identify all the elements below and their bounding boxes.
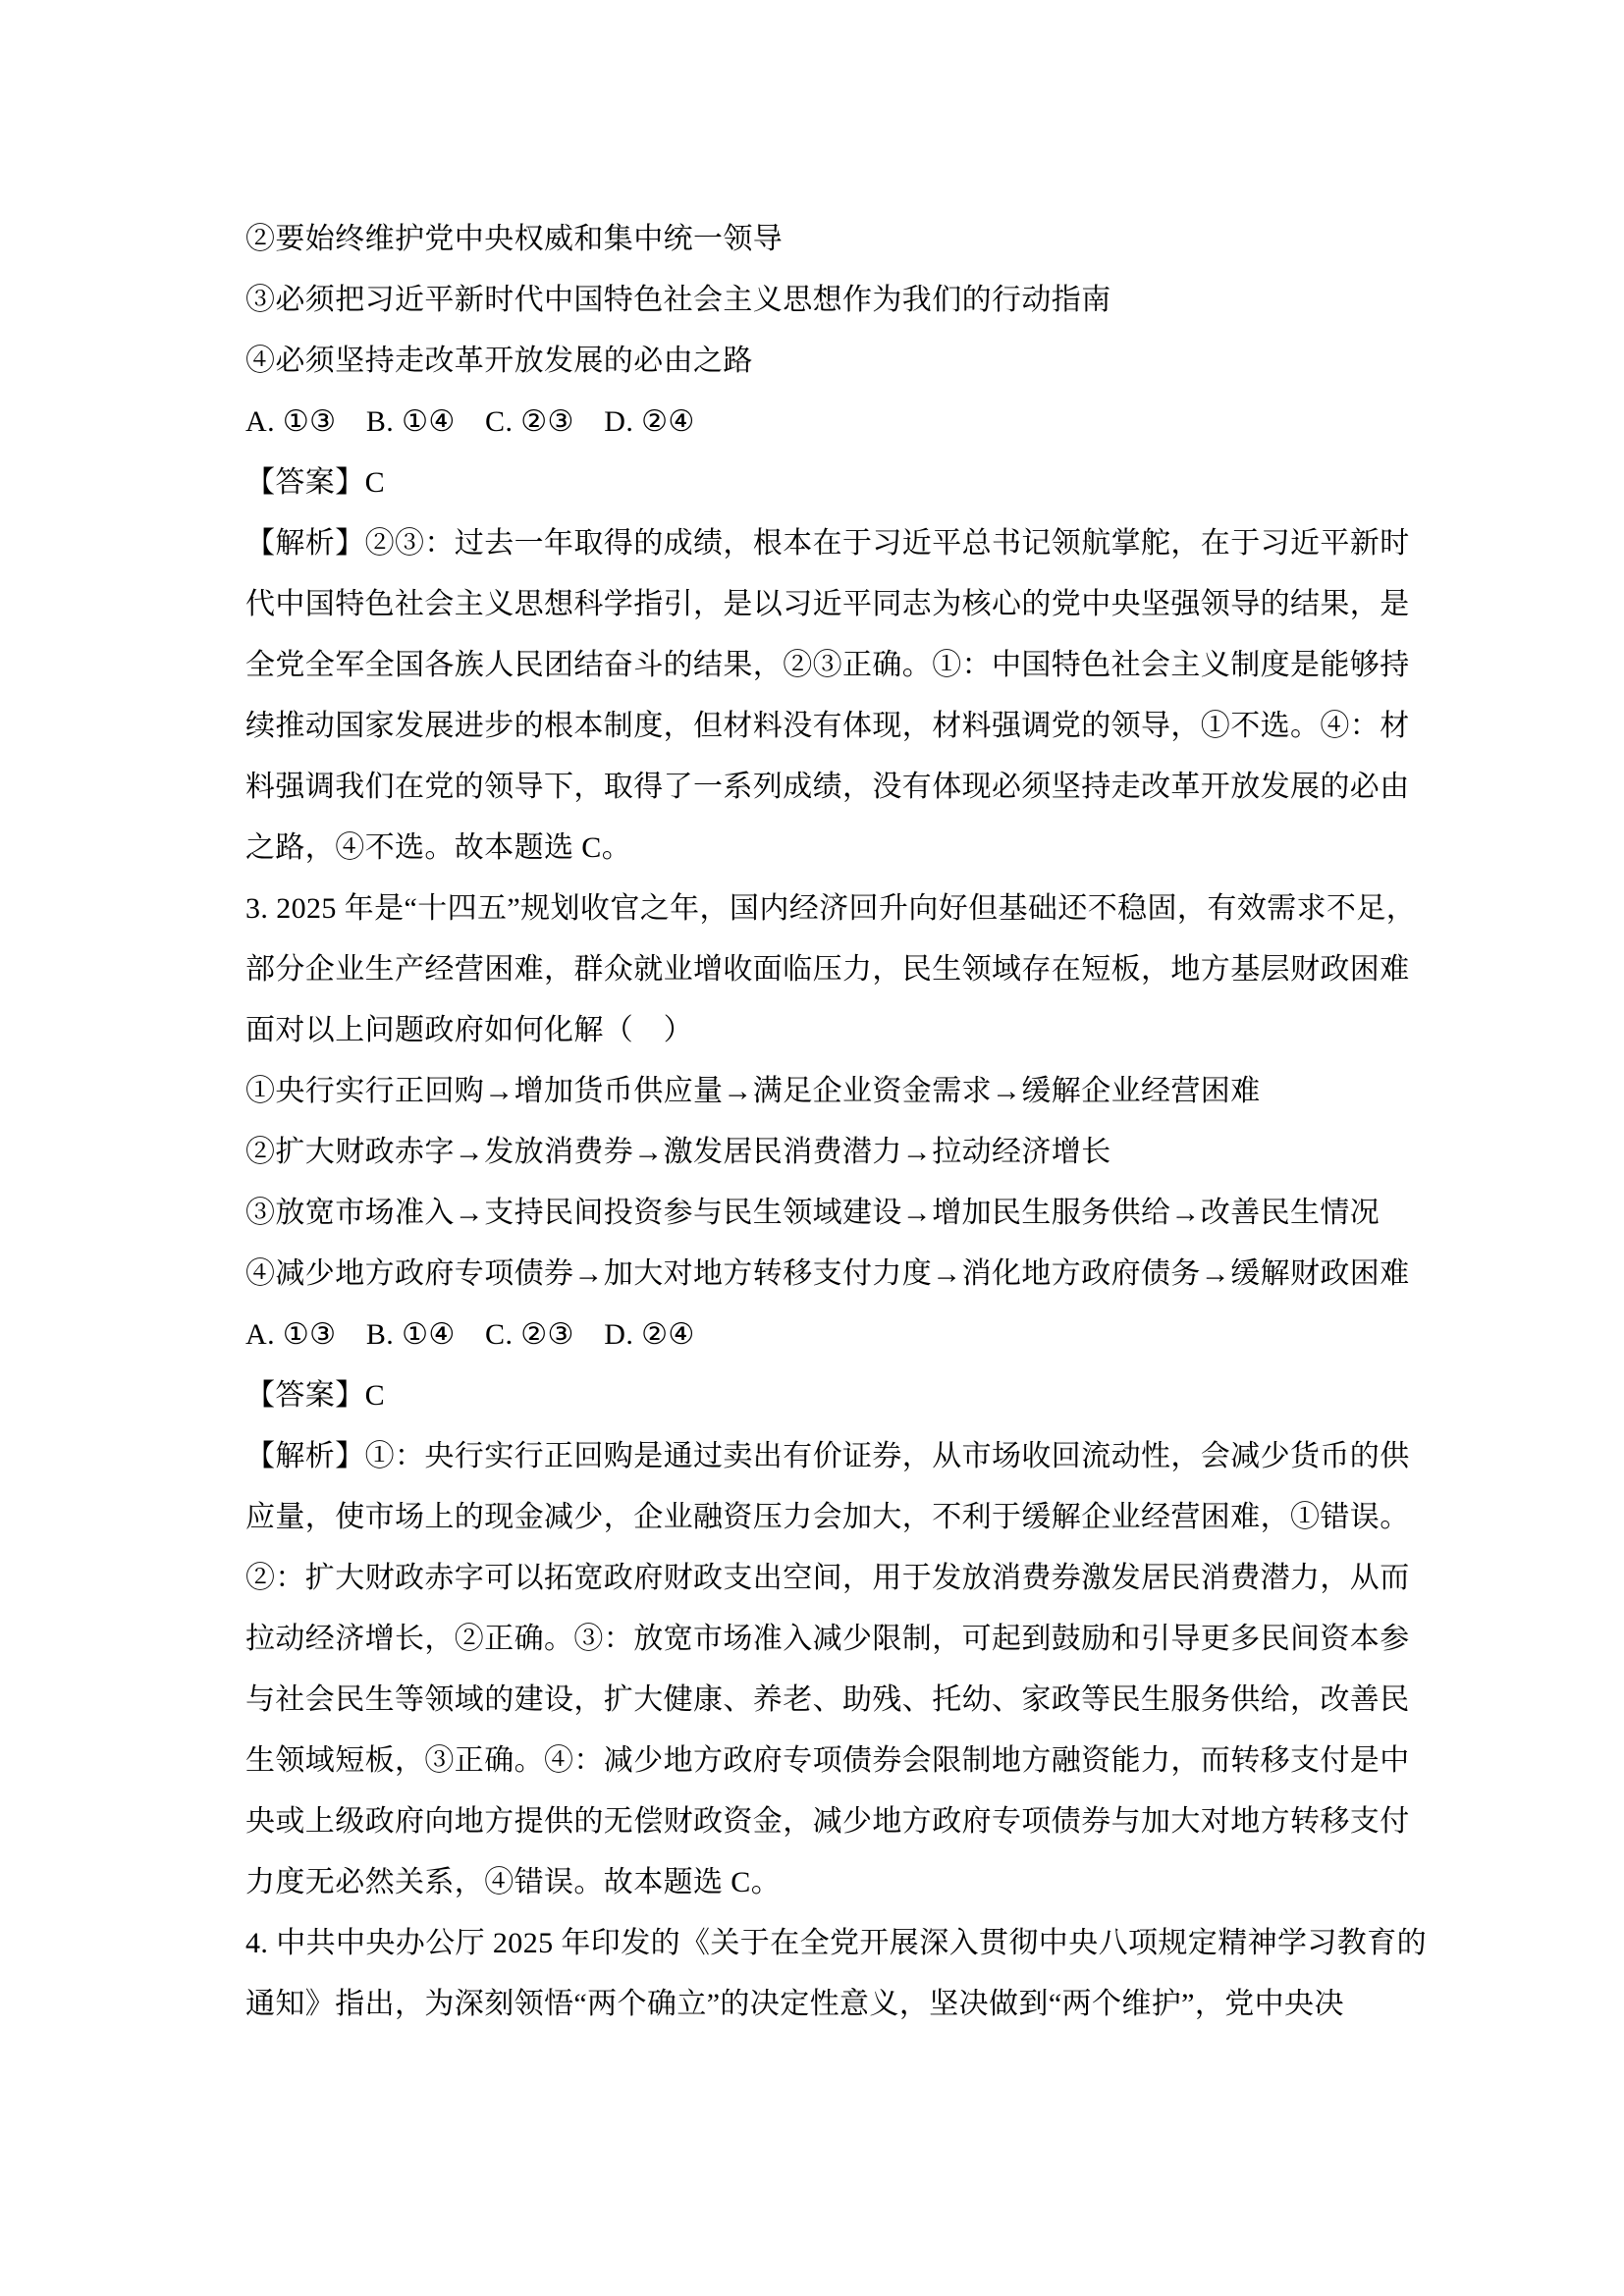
q2-analysis-line: 料强调我们在党的领导下，取得了一系列成绩，没有体现必须坚持走改革开放发展的必由: [245, 757, 1483, 818]
q2-option-line: ④必须坚持走改革开放发展的必由之路: [245, 331, 1483, 392]
q3-analysis-line: 拉动经济增长，②正确。③：放宽市场准入减少限制，可起到鼓励和引导更多民间资本参: [245, 1609, 1483, 1670]
q2-option-line: ②要始终维护党中央权威和集中统一领导: [245, 209, 1483, 270]
q2-analysis-line: 代中国特色社会主义思想科学指引，是以习近平同志为核心的党中央坚强领导的结果，是: [245, 574, 1483, 635]
q2-analysis-line: 全党全军全国各族人民团结奋斗的结果，②③正确。①：中国特色社会主义制度是能够持: [245, 635, 1483, 696]
q4-stem-line: 通知》指出，为深刻领悟“两个确立”的决定性意义，坚决做到“两个维护”，党中央决: [245, 1974, 1483, 2035]
q2-answer-line: 【答案】C: [245, 453, 1483, 513]
q2-analysis-line: 续推动国家发展进步的根本制度，但材料没有体现，材料强调党的领导，①不选。④：材: [245, 696, 1483, 757]
q3-stem-line: 面对以上问题政府如何化解（ ）: [245, 1000, 1483, 1061]
q2-analysis-line: 【解析】②③：过去一年取得的成绩，根本在于习近平总书记领航掌舵，在于习近平新时: [245, 513, 1483, 574]
q2-analysis-line: 之路，④不选。故本题选 C。: [245, 818, 1483, 879]
q3-analysis-line: 生领域短板，③正确。④：减少地方政府专项债券会限制地方融资能力，而转移支付是中: [245, 1731, 1483, 1791]
q3-analysis-line: 央或上级政府向地方提供的无偿财政资金，减少地方政府专项债券与加大对地方转移支付: [245, 1791, 1483, 1852]
q3-analysis-line: 与社会民生等领域的建设，扩大健康、养老、助残、托幼、家政等民生服务供给，改善民: [245, 1670, 1483, 1731]
q3-choices-line: A. ①③ B. ①④ C. ②③ D. ②④: [245, 1305, 1483, 1365]
q3-analysis-line: 力度无必然关系，④错误。故本题选 C。: [245, 1852, 1483, 1913]
q4-stem-line: 4. 中共中央办公厅 2025 年印发的《关于在全党开展深入贯彻中央八项规定精神…: [245, 1913, 1483, 1974]
q3-option-line: ②扩大财政赤字→发放消费券→激发居民消费潜力→拉动经济增长: [245, 1122, 1483, 1183]
q3-analysis-line: ②：扩大财政赤字可以拓宽政府财政支出空间，用于发放消费券激发居民消费潜力，从而: [245, 1548, 1483, 1609]
document-page: ②要始终维护党中央权威和集中统一领导 ③必须把习近平新时代中国特色社会主义思想作…: [0, 0, 1624, 2296]
q2-option-line: ③必须把习近平新时代中国特色社会主义思想作为我们的行动指南: [245, 270, 1483, 331]
q3-stem-line: 3. 2025 年是“十四五”规划收官之年，国内经济回升向好但基础还不稳固，有效…: [245, 879, 1483, 939]
q3-analysis-line: 【解析】①：央行实行正回购是通过卖出有价证券，从市场收回流动性，会减少货币的供: [245, 1426, 1483, 1487]
text-column: ②要始终维护党中央权威和集中统一领导 ③必须把习近平新时代中国特色社会主义思想作…: [245, 209, 1483, 2035]
q3-stem-line: 部分企业生产经营困难，群众就业增收面临压力，民生领域存在短板，地方基层财政困难: [245, 939, 1483, 1000]
q3-option-line: ③放宽市场准入→支持民间投资参与民生领域建设→增加民生服务供给→改善民生情况: [245, 1183, 1483, 1244]
q3-option-line: ①央行实行正回购→增加货币供应量→满足企业资金需求→缓解企业经营困难: [245, 1061, 1483, 1122]
q3-analysis-line: 应量，使市场上的现金减少，企业融资压力会加大，不利于缓解企业经营困难，①错误。: [245, 1487, 1483, 1548]
q2-choices-line: A. ①③ B. ①④ C. ②③ D. ②④: [245, 392, 1483, 453]
q3-option-line: ④减少地方政府专项债券→加大对地方转移支付力度→消化地方政府债务→缓解财政困难: [245, 1244, 1483, 1305]
q3-answer-line: 【答案】C: [245, 1365, 1483, 1426]
